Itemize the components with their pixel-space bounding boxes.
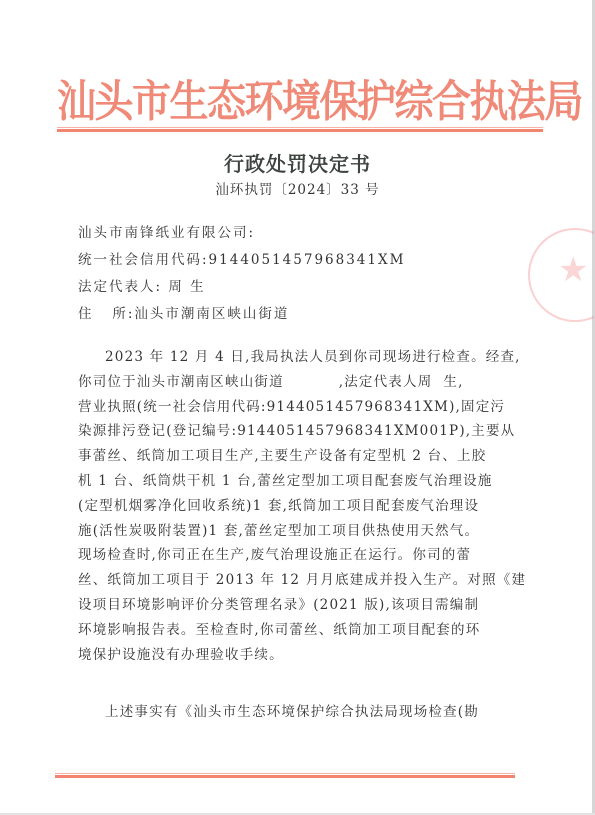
letterhead-rule-shadow xyxy=(57,127,543,128)
letterhead-rule xyxy=(57,129,543,132)
agency-letterhead: 汕头市生态环境保护综合执法局 xyxy=(57,74,543,130)
recipient-company: 汕头市南锋纸业有限公司: xyxy=(78,221,255,241)
recipient-address: 住 所:汕头市潮南区峡山街道 xyxy=(78,302,289,322)
paragraph-line: 上述事实有《汕头市生态环境保护综合执法局现场检查(勘 xyxy=(78,700,518,725)
paragraph-line: 机 1 台、纸筒烘干机 1 台,蕾丝定型加工项目配套废气治理设施 xyxy=(78,469,518,494)
footer-rule xyxy=(55,775,515,778)
official-seal: ★ xyxy=(528,228,594,338)
paragraph-line: (定型机烟雾净化回收系统)1 套,纸筒加工项目配套废气治理设 xyxy=(78,494,518,519)
paragraph-line: 你司位于汕头市潮南区峡山街道 ,法定代表人周 生, xyxy=(78,370,518,395)
paragraph-line: 设项目环境影响评价分类管理名录》(2021 版),该项目需编制 xyxy=(78,593,518,618)
paragraph-line: 施(活性炭吸附装置)1 套,蕾丝定型加工项目供热使用天然气。 xyxy=(78,519,518,544)
paragraph-line: 2023 年 12 月 4 日,我局执法人员到你司现场进行检查。经查, xyxy=(78,345,518,370)
recipient-credit-code: 统一社会信用代码:9144051457968341XM xyxy=(78,248,405,268)
paragraph-line: 事蕾丝、纸筒加工项目生产,主要生产设备有定型机 2 台、上胶 xyxy=(78,444,518,469)
recipient-legal-rep: 法定代表人: 周 生 xyxy=(78,275,206,295)
seal-star-icon: ★ xyxy=(558,250,588,290)
paragraph-line: 染源排污登记(登记编号:9144051457968341XM001P),主要从 xyxy=(78,419,518,444)
paragraph-line: 环境影响报告表。至检查时,你司蕾丝、纸筒加工项目配套的环 xyxy=(78,618,518,643)
paragraph-line: 营业执照(统一社会信用代码:9144051457968341XM),固定污 xyxy=(78,395,518,420)
paragraph-line: 现场检查时,你司正在生产,废气治理设施正在运行。你司的蕾 xyxy=(78,543,518,568)
body-paragraph-1: 2023 年 12 月 4 日,我局执法人员到你司现场进行检查。经查, 你司位于… xyxy=(78,345,518,667)
body-paragraph-2: 上述事实有《汕头市生态环境保护综合执法局现场检查(勘 xyxy=(78,700,518,725)
paragraph-line: 丝、纸筒加工项目于 2013 年 12 月月底建成并投入生产。对照《建 xyxy=(78,568,518,593)
document-number: 汕环执罚〔2024〕33 号 xyxy=(0,178,595,198)
paragraph-line: 境保护设施没有办理验收手续。 xyxy=(78,643,518,668)
document-title: 行政处罚决定书 xyxy=(0,148,595,177)
footer-rule-shadow xyxy=(55,773,515,774)
